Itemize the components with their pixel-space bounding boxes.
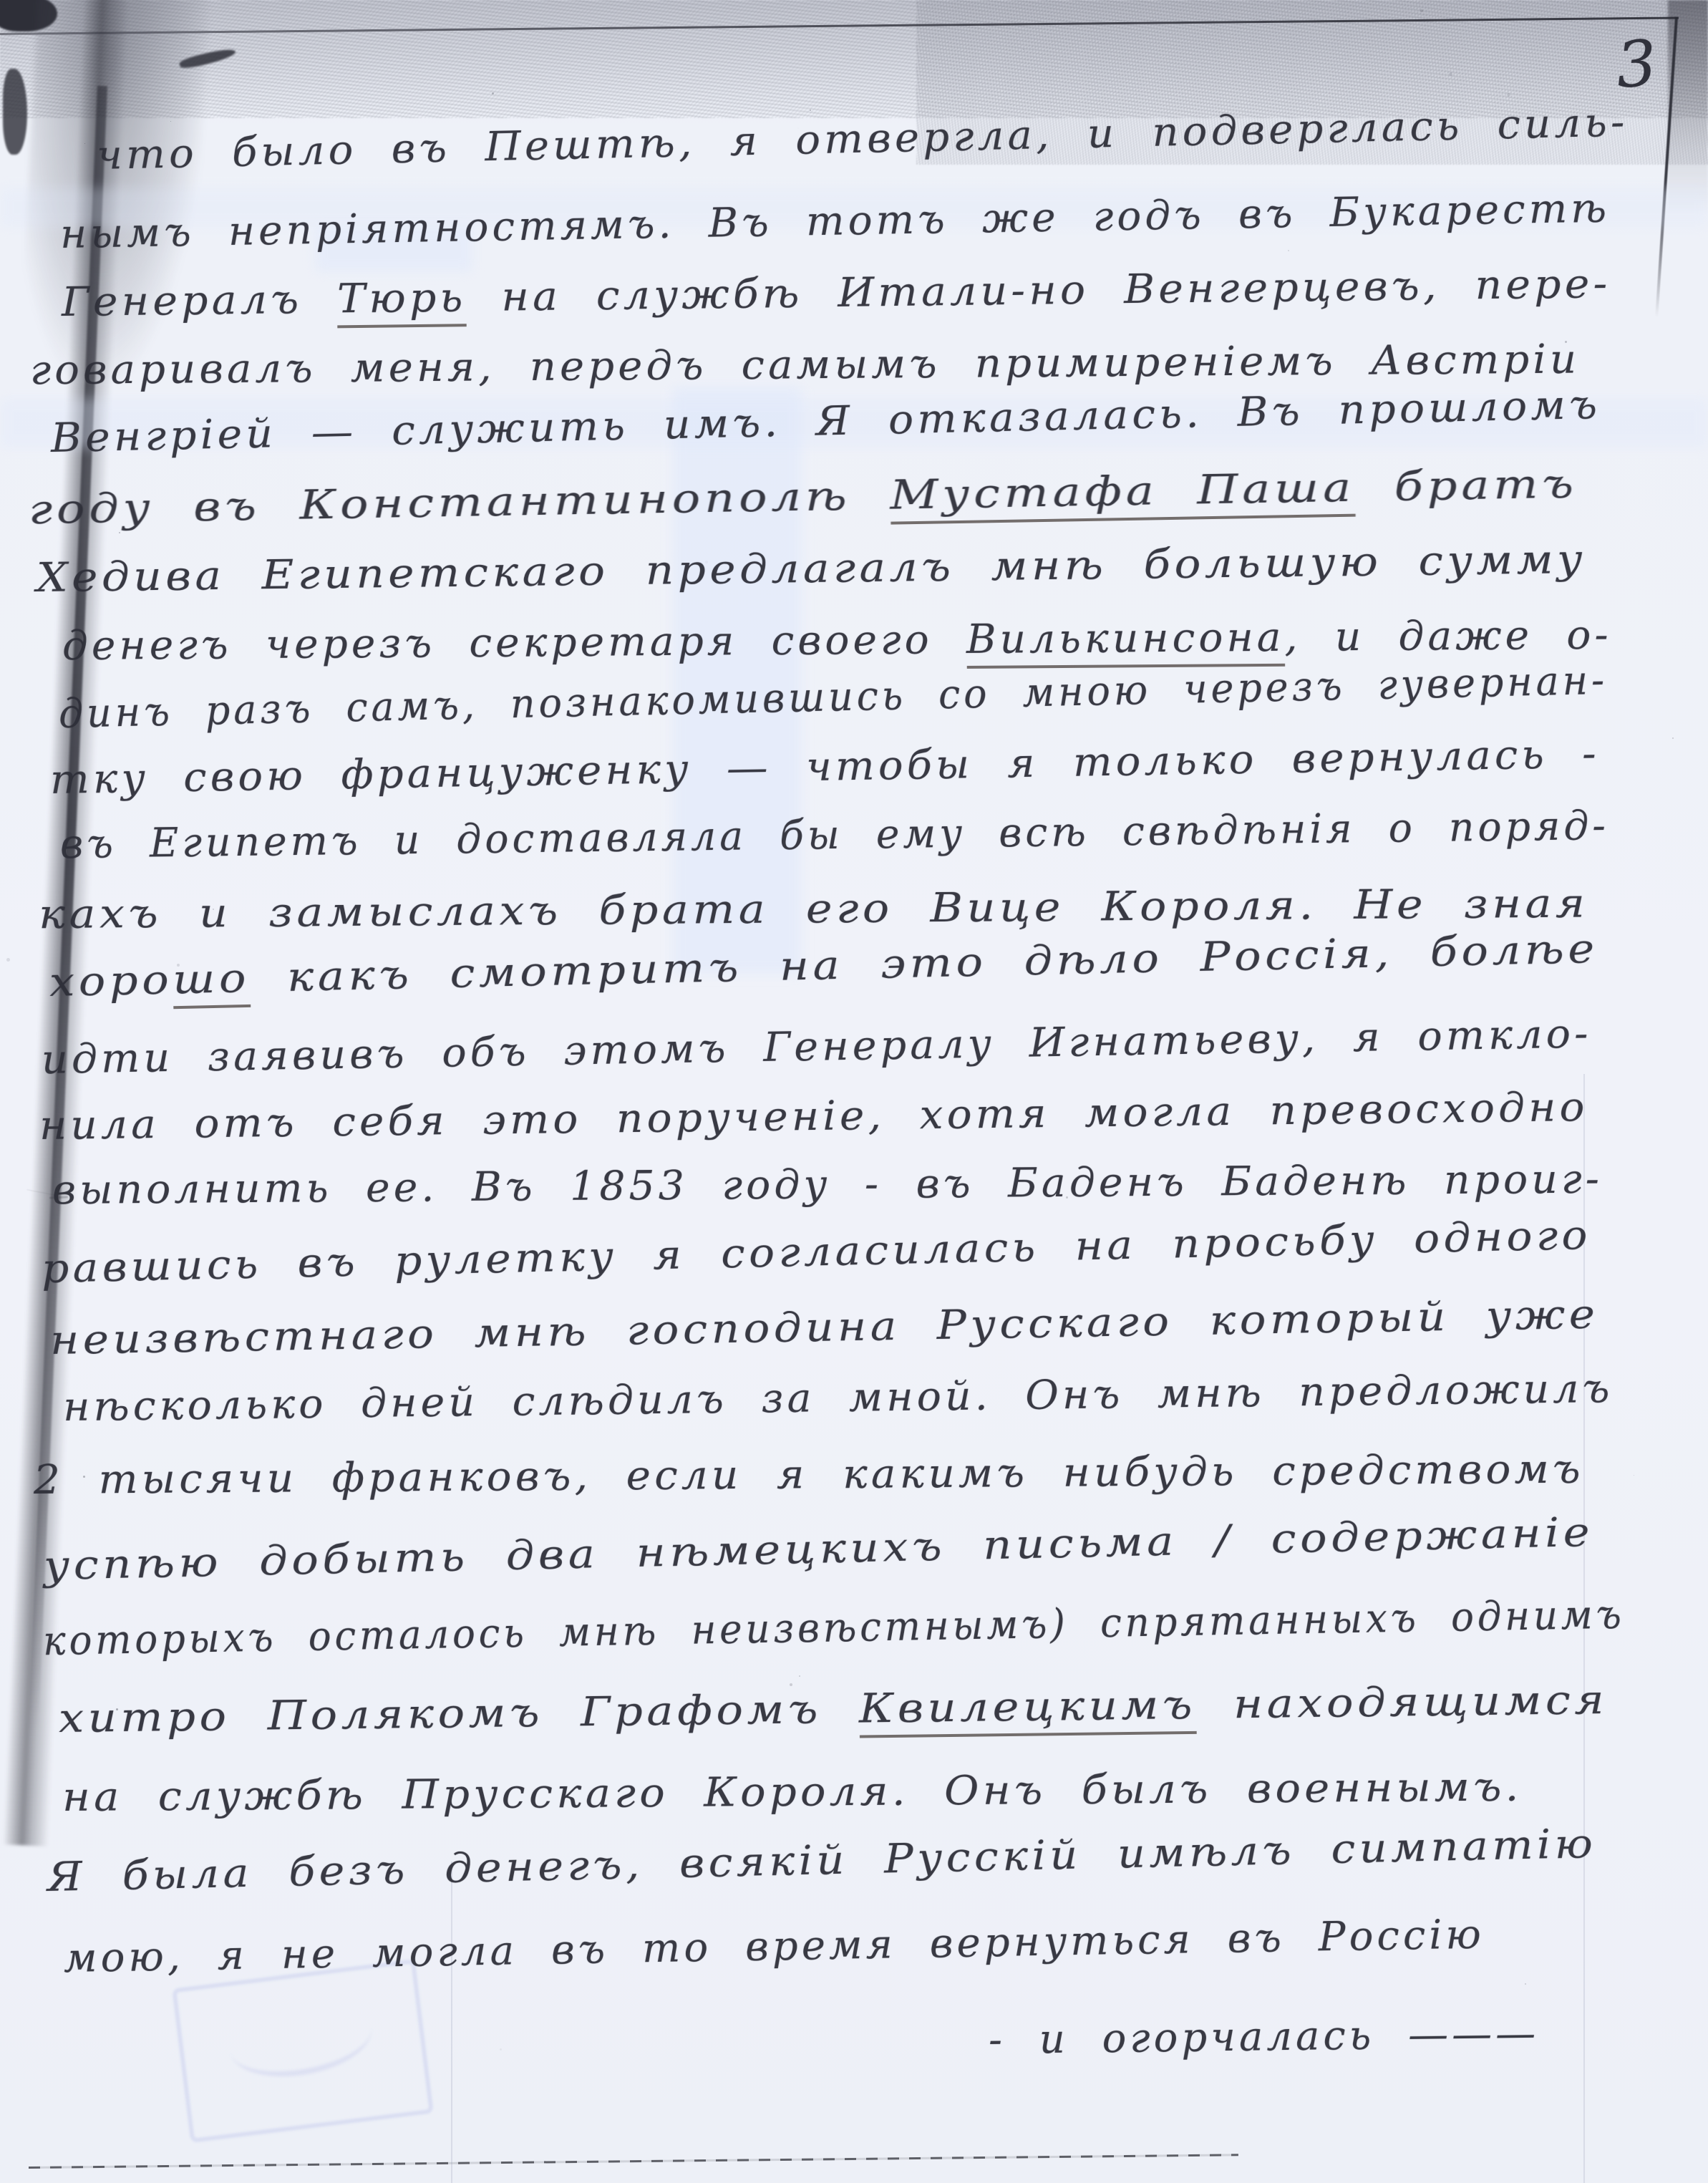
underlined-word: шо <box>173 955 251 1009</box>
handwritten-line: мою, я не могла въ то время вернуться въ… <box>64 1915 1485 1979</box>
handwriting-segment: на службѣ Прусскаго Короля. Онъ былъ вое… <box>62 1763 1523 1821</box>
scan-speck <box>797 127 799 129</box>
bottom-edge-line <box>29 2154 1238 2169</box>
scan-speck <box>1634 1475 1634 1476</box>
handwriting-segment: Я была безъ денегъ, всякій Русскій имѣлъ… <box>47 1821 1597 1901</box>
handwritten-line: выполнить ее. Въ 1853 году - въ Баденъ Б… <box>52 1160 1603 1211</box>
handwritten-line: неизвѣстнаго мнѣ господина Русскаго кото… <box>50 1294 1599 1361</box>
scan-speck <box>1525 1983 1526 1985</box>
handwritten-line: Я была безъ денегъ, всякій Русскій имѣлъ… <box>47 1824 1596 1898</box>
scan-speck <box>473 51 476 54</box>
scan-speck <box>89 337 91 339</box>
handwriting-segment: Хедива Египетскаго предлагалъ мнѣ большу… <box>37 536 1587 601</box>
handwriting-segment: какъ смотритъ на это дѣло Россія, болѣе <box>249 926 1598 1002</box>
scan-speck <box>116 1708 118 1710</box>
scan-speck <box>83 1476 85 1478</box>
handwriting-segment: которыхъ осталось мнѣ неизвѣстнымъ) спря… <box>42 1592 1625 1665</box>
scan-blot <box>3 69 27 155</box>
handwritten-line: денегъ черезъ секретаря своего Вилькинсо… <box>62 616 1612 667</box>
scan-speck <box>1420 9 1423 12</box>
scan-speck <box>500 2048 502 2051</box>
handwriting-segment: равшись въ рулетку я согласилась на прос… <box>41 1212 1591 1292</box>
handwriting-segment: хитро Полякомъ Графомъ <box>59 1686 860 1742</box>
scan-hairline <box>451 1862 452 2183</box>
handwritten-line: равшись въ рулетку я согласилась на прос… <box>41 1216 1591 1289</box>
handwriting-segment: денегъ черезъ секретаря своего <box>62 616 966 669</box>
handwriting-segment: хоро <box>49 957 173 1006</box>
scan-speck <box>177 964 180 967</box>
handwritten-line: динъ разъ самъ, познакомившись со мною ч… <box>58 661 1608 735</box>
underlined-word: Вилькинсона <box>966 614 1285 669</box>
scan-speck <box>1449 72 1452 76</box>
handwriting-segment: находящимся <box>1195 1677 1608 1728</box>
scan-speck <box>492 92 494 95</box>
scan-speck <box>84 143 85 144</box>
scan-speck <box>1023 49 1024 50</box>
handwritten-line: тку свою француженку — чтобы я только ве… <box>50 734 1601 800</box>
scanned-manuscript-page: 3 что было въ Пештѣ, я отвергла, и подве… <box>0 0 1708 2183</box>
handwritten-line: Генералъ Тюрь на службѣ Итали-но Венгерц… <box>62 264 1611 323</box>
handwriting-segment: динъ разъ самъ, познакомившись со мною ч… <box>58 657 1608 737</box>
scan-speck <box>6 958 10 962</box>
handwritten-line: успѣю добыть два нѣмецкихъ письма / соде… <box>43 1513 1593 1587</box>
handwriting-segment: выполнить ее. Въ 1853 году - въ Баденъ Б… <box>52 1156 1603 1214</box>
handwritten-line: хорошо какъ смотритъ на это дѣло Россія,… <box>49 929 1598 1003</box>
handwritten-line: которыхъ осталось мнѣ неизвѣстнымъ) спря… <box>43 1595 1626 1662</box>
underlined-word: Квилецкимъ <box>859 1682 1197 1738</box>
page-number: 3 <box>1614 26 1659 102</box>
handwriting-segment: , и даже о- <box>1284 612 1612 661</box>
scan-speck <box>213 909 214 910</box>
scan-speck <box>119 532 120 533</box>
handwritten-line: году въ Константинополѣ Мустафа Паша бра… <box>29 464 1578 531</box>
handwritten-line: 2 тысячи франковъ, если я какимъ нибудь … <box>34 1450 1584 1501</box>
scan-speck <box>790 1683 792 1686</box>
handwriting-segment: 2 тысячи франковъ, если я какимъ нибудь … <box>34 1446 1584 1504</box>
handwriting-segment: кахъ и замыслахъ брата его Вице Короля. … <box>39 881 1589 938</box>
handwritten-line: въ Египетъ и доставляла бы ему всѣ свѣдѣ… <box>60 806 1609 865</box>
handwritten-line: идти заявивъ объ этомъ Генералу Игнатьев… <box>42 1014 1592 1080</box>
scan-speck <box>170 121 171 122</box>
handwriting-segment: на службѣ Итали-но Венгерцевъ, пере- <box>466 261 1611 321</box>
handwriting-segment: въ Египетъ и доставляла бы ему всѣ свѣдѣ… <box>60 803 1610 868</box>
handwriting-segment: Венгріей — служить имъ. Я отказалась. Въ… <box>50 382 1601 462</box>
handwriting-segment: - и огорчалась ——— <box>989 2010 1540 2063</box>
scan-speck <box>33 47 34 48</box>
handwriting-segment: говаривалъ меня, передъ самымъ примирені… <box>30 337 1581 394</box>
underlined-word: Тюрь <box>337 274 467 328</box>
handwriting-segment: нѣсколько дней слѣдилъ за мной. Онъ мнѣ … <box>63 1365 1614 1431</box>
handwriting-segment: братъ <box>1354 460 1578 510</box>
handwriting-segment: идти заявивъ объ этомъ Генералу Игнатьев… <box>41 1010 1592 1083</box>
scan-speck <box>544 442 545 442</box>
handwritten-line: Хедива Египетскаго предлагалъ мнѣ большу… <box>37 540 1587 599</box>
handwriting-segment: мою, я не могла въ то время вернуться въ… <box>63 1911 1485 1982</box>
scan-speck <box>810 110 811 111</box>
handwriting-segment: неизвѣстнаго мнѣ господина Русскаго кото… <box>49 1291 1599 1364</box>
handwritten-line: говаривалъ меня, передъ самымъ примирені… <box>30 340 1581 391</box>
handwriting-segment: тку свою француженку — чтобы я только ве… <box>49 730 1600 803</box>
handwritten-line: хитро Полякомъ Графомъ Квилецкимъ находя… <box>59 1680 1608 1739</box>
handwriting-segment: успѣю добыть два нѣмецкихъ письма / соде… <box>43 1509 1594 1589</box>
scan-speck <box>1565 341 1567 343</box>
scan-speck <box>1066 1196 1068 1199</box>
handwritten-line: нила отъ себя это порученіе, хотя могла … <box>39 1088 1588 1146</box>
handwritten-line: на службѣ Прусскаго Короля. Онъ былъ вое… <box>62 1767 1523 1818</box>
scan-speck <box>1507 93 1510 97</box>
handwriting-segment: Генералъ <box>62 276 338 326</box>
handwritten-line: кахъ и замыслахъ брата его Вице Короля. … <box>39 884 1589 935</box>
handwritten-line: нѣсколько дней слѣдилъ за мной. Онъ мнѣ … <box>63 1369 1614 1428</box>
scan-speck <box>705 561 708 563</box>
handwritten-line: - и огорчалась ——— <box>989 2014 1540 2061</box>
underlined-word: Мустафа Паша <box>890 465 1356 525</box>
scan-speck <box>1672 737 1674 739</box>
scan-speck <box>799 1675 800 1677</box>
scan-speck <box>1288 250 1289 251</box>
handwriting-segment: нила отъ себя это порученіе, хотя могла … <box>39 1084 1588 1149</box>
